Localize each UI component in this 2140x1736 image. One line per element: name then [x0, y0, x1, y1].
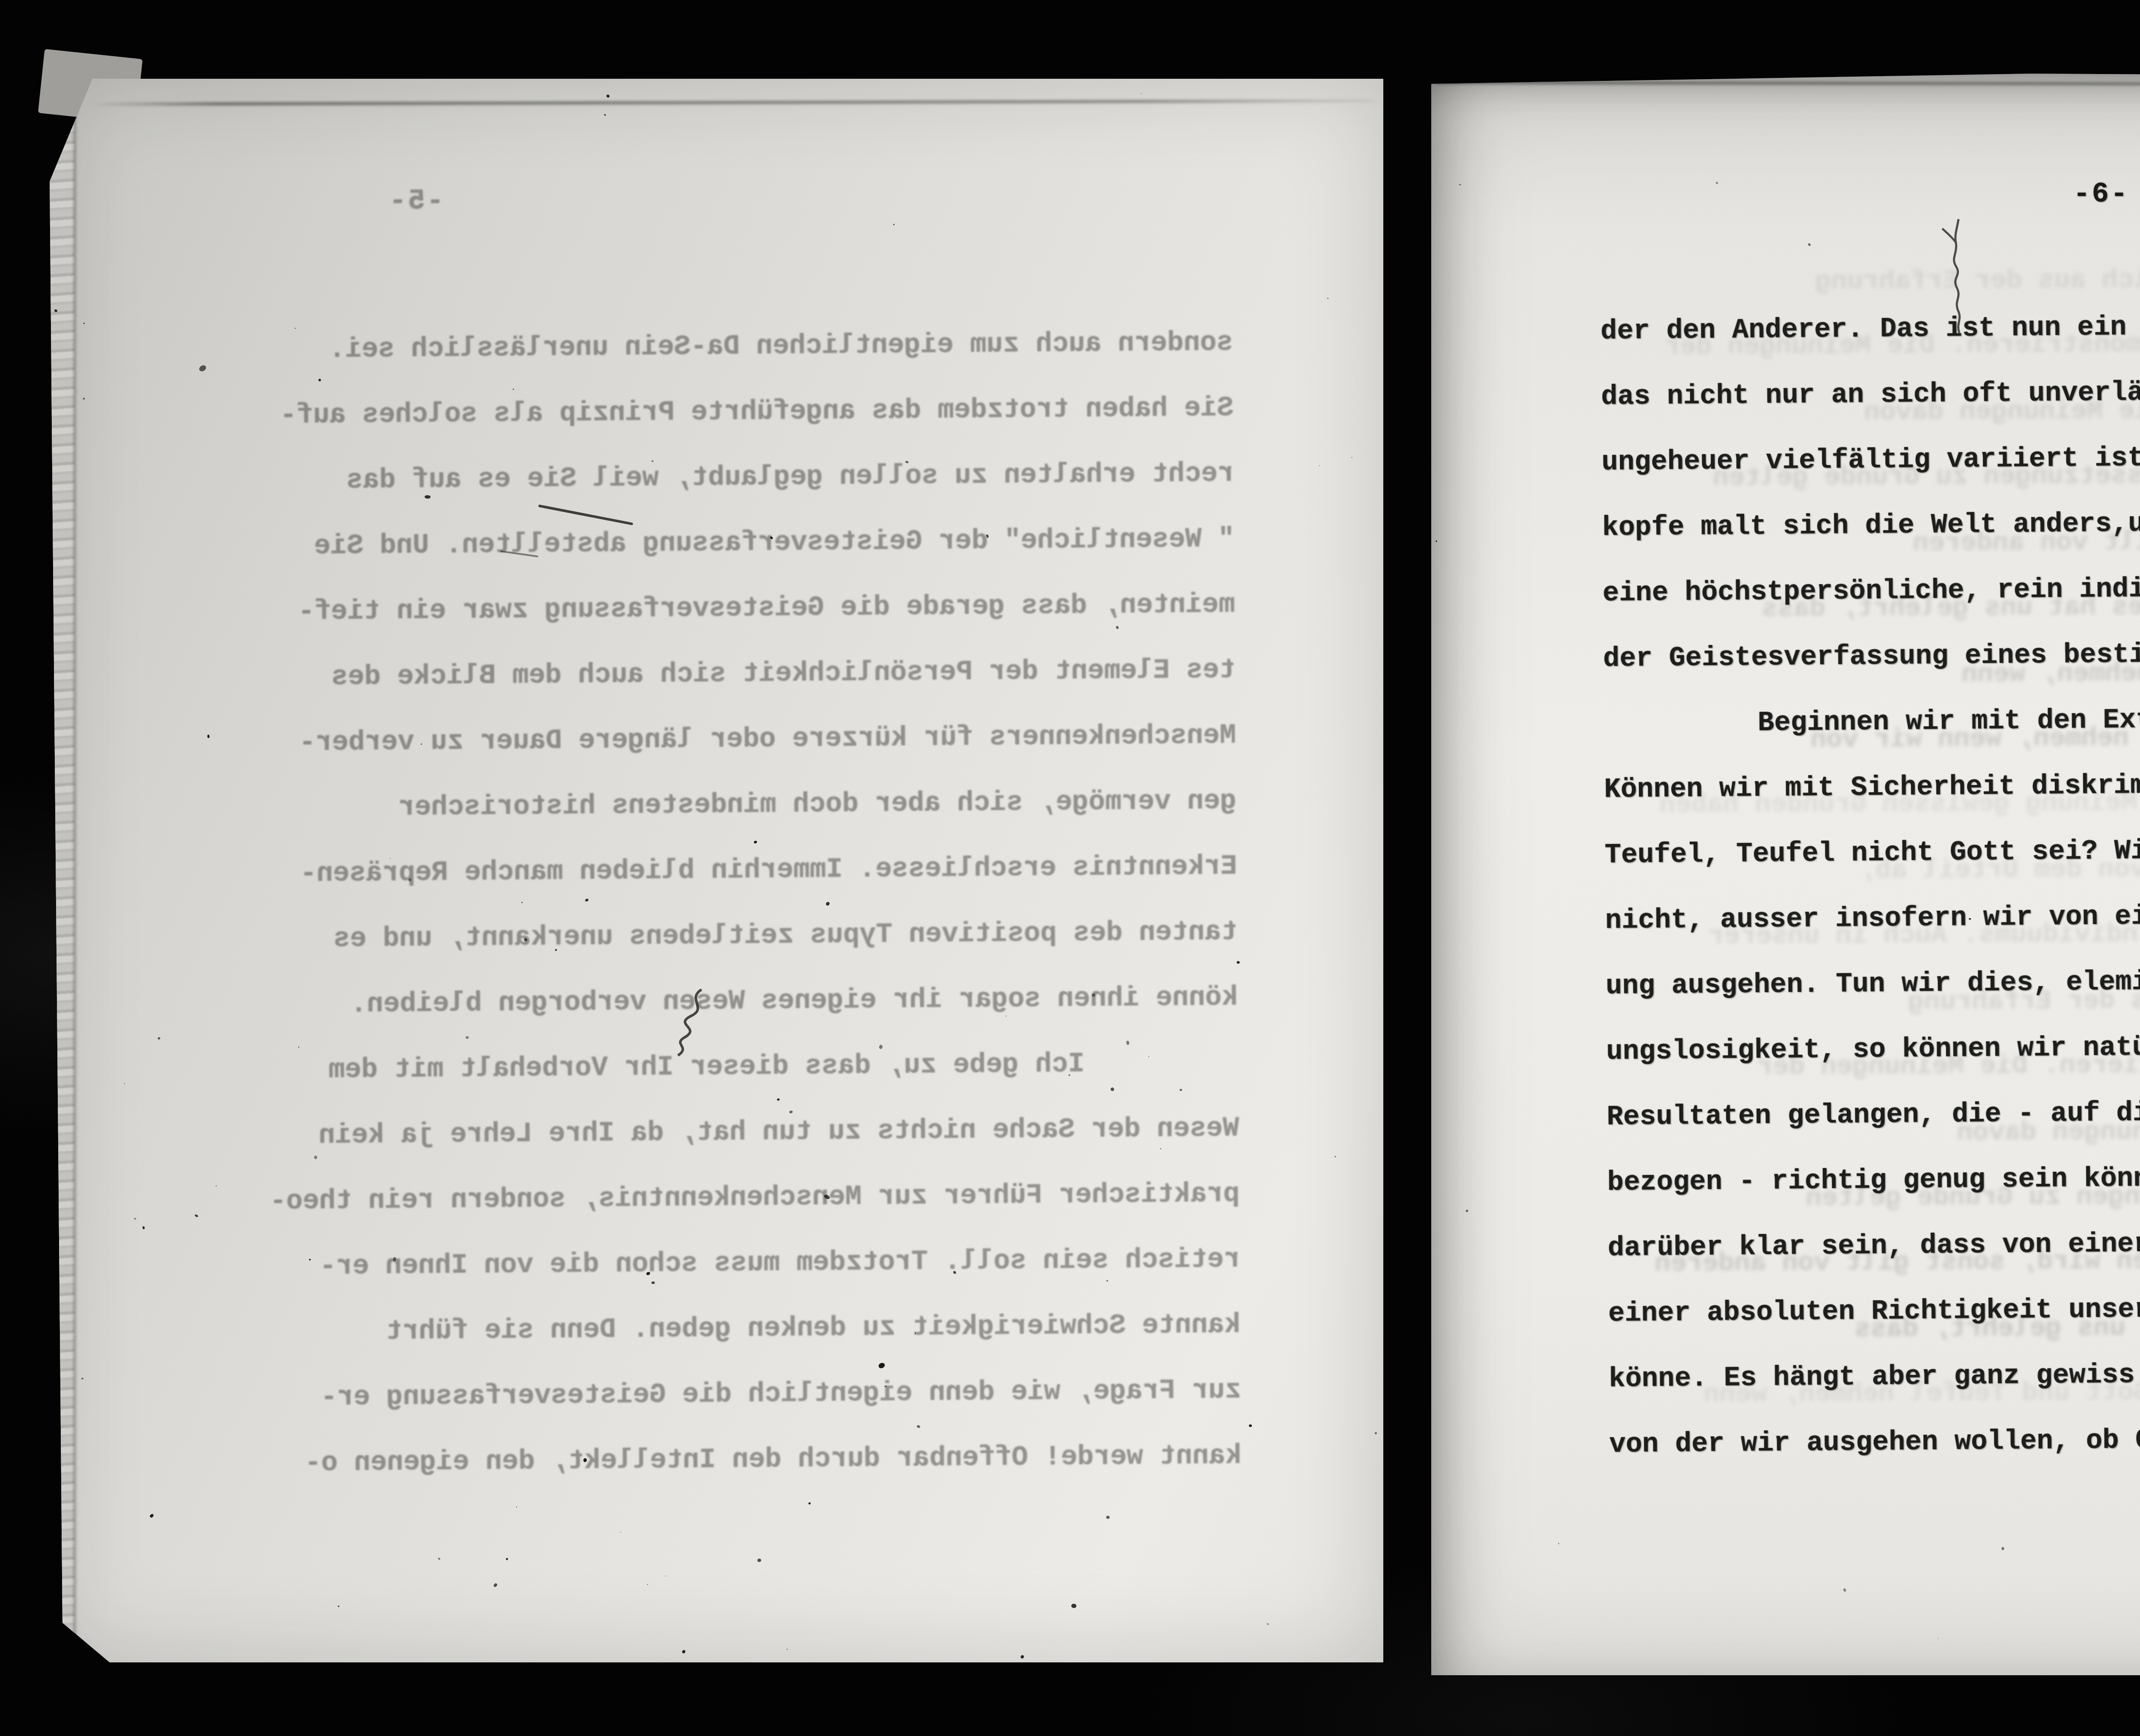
typed-line: der Geistesverfassung eines bestimmten I…: [1603, 618, 2140, 692]
typed-line: " Wesentliche" der Geistesverfassung abs…: [263, 507, 1235, 580]
dust-speck: [83, 322, 85, 324]
dust-speck: [337, 1605, 340, 1608]
dust-speck: [1558, 1543, 1559, 1544]
typed-line: tes Element der Persönlichkeit sich auch…: [264, 638, 1236, 711]
page-stack-edge: [50, 79, 74, 1662]
dust-speck: [786, 1649, 788, 1650]
typed-line: Resultaten gelangen, die - auf die gegeb…: [1606, 1077, 2140, 1150]
dust-speck: [1938, 1638, 1938, 1639]
typed-line: darüber klar sein, dass von einer Allgem…: [1608, 1208, 2140, 1281]
dust-speck: [505, 1558, 508, 1561]
dust-speck: [1807, 243, 1811, 247]
dust-speck: [425, 495, 431, 499]
right-page-number: -6-: [2073, 178, 2129, 210]
typed-line: könne. Es hängt aber ganz gewiss von der…: [1608, 1339, 2140, 1412]
dust-speck: [83, 397, 85, 400]
dust-speck: [149, 1513, 154, 1518]
dust-speck: [1843, 1588, 1847, 1592]
dust-speck: [198, 364, 207, 372]
dust-speck: [207, 734, 210, 738]
dust-speck: [915, 1332, 915, 1334]
typed-line: kannt werde! Offenbar durch den Intellek…: [270, 1424, 1242, 1497]
top-fold-shadow: [88, 99, 1375, 106]
dust-speck: [194, 1214, 198, 1217]
dust-speck: [2001, 1547, 2004, 1550]
typed-line: das nicht nur an sich oft unverlässlich,…: [1601, 357, 2140, 430]
typed-line: retisch sein soll. Trotzdem muss schon d…: [268, 1227, 1240, 1300]
dust-speck: [1715, 181, 1718, 184]
dust-speck: [134, 1218, 137, 1220]
typed-line: nicht, ausser insofern wir von einer bes…: [1605, 880, 2140, 954]
left-page-text-mirrored: sondern auch zum eigentlichen Da-Sein un…: [261, 310, 1242, 1497]
dust-speck: [651, 1281, 655, 1284]
dust-speck: [438, 1557, 441, 1560]
dust-speck: [620, 1532, 621, 1533]
dust-speck: [808, 1502, 811, 1505]
typed-line: Teufel, Teufel nicht Gott sei? Wir könne…: [1605, 815, 2140, 889]
typed-line: recht erhalten zu sollen geglaubt, weil …: [262, 441, 1234, 514]
photostat-scan: -5- sondern auch zum eigentlichen Da-Sei…: [0, 0, 2140, 1736]
dust-speck: [665, 1575, 666, 1577]
typed-line: ungeheuer vielfältig variiert ist. In je…: [1601, 422, 2140, 496]
dust-speck: [1351, 457, 1352, 458]
typed-line: der den Anderer. Das ist nun ein Erkennt…: [1600, 291, 2140, 365]
typed-line: zur Frage, wie denn eigentlich die Geist…: [269, 1358, 1241, 1431]
dust-speck: [1236, 961, 1240, 964]
dust-speck: [1374, 1432, 1377, 1434]
typed-line: kopfe malt sich die Welt anders,und jede…: [1602, 488, 2140, 561]
typed-line: eine höchstpersönliche, rein individuell…: [1602, 553, 2140, 627]
right-page: -6- gewährt. Das lässt sich aus der Erfa…: [1431, 71, 2140, 1675]
typed-line: praktischer Führer zur Menschenkenntnis,…: [268, 1162, 1240, 1235]
ink-scribble: [661, 986, 716, 1059]
dust-speck: [1436, 540, 1438, 542]
dust-speck: [583, 1458, 587, 1462]
typed-line: ung ausgehen. Tun wir dies, eleminieren …: [1605, 946, 2140, 1020]
dust-speck: [606, 94, 609, 98]
typed-line: bezogen - richtig genug sein können. Abe…: [1607, 1142, 2140, 1216]
right-page-text: der den Anderer. Das ist nun ein Erkennt…: [1600, 291, 2140, 1478]
dust-speck: [1160, 1148, 1161, 1149]
dust-speck: [142, 1226, 145, 1230]
dust-speck: [604, 114, 606, 116]
dust-speck: [1335, 1156, 1337, 1158]
typed-line: Sie haben trotzdem das angeführte Prinzi…: [262, 376, 1233, 449]
page-stack-seam: [74, 79, 76, 1662]
dust-speck: [493, 1583, 498, 1587]
typed-line: tanten des positiven Typus zeitlebens un…: [266, 900, 1238, 973]
pen-squiggle-mark: [1932, 217, 1983, 341]
left-page-number: -5-: [388, 185, 444, 217]
typed-line: sondern auch zum eigentlichen Da-Sein un…: [261, 310, 1233, 383]
typed-line: Beginnen wir mit den Extremen, Gott und …: [1603, 684, 2140, 758]
typed-line: Menschenkenners für kürzere oder längere…: [264, 703, 1236, 776]
dust-speck: [1141, 93, 1141, 94]
dust-speck: [1459, 184, 1461, 186]
typed-line: gen vermöge, sich aber doch mindestens h…: [265, 769, 1237, 842]
dust-speck: [1319, 465, 1320, 466]
dust-speck: [1071, 1603, 1077, 1608]
typed-line: einer absoluten Richtigkeit unseres Urte…: [1608, 1273, 2140, 1347]
typed-line: meinten, dass gerade die Geistesverfassu…: [263, 572, 1235, 645]
typed-line: ungslosigkeit, so können wir natürlich l…: [1606, 1011, 2140, 1085]
dust-speck: [893, 223, 895, 225]
dust-speck: [1106, 1516, 1109, 1519]
typed-line: kannte Schwierigkeit zu denken geben. De…: [269, 1293, 1241, 1366]
dust-speck: [1267, 1623, 1269, 1625]
dust-speck: [681, 1650, 686, 1654]
dust-speck: [124, 1083, 125, 1084]
left-page: -5- sondern auch zum eigentlichen Da-Sei…: [50, 79, 1383, 1662]
dust-speck: [757, 1558, 761, 1562]
dust-speck: [216, 1186, 217, 1187]
dust-speck: [516, 1507, 517, 1507]
dust-speck: [1327, 297, 1329, 299]
typed-line: könne ihnen sogar ihr eigenes Wesen verb…: [266, 965, 1238, 1038]
dust-speck: [651, 461, 654, 462]
dust-speck: [81, 1378, 83, 1379]
dust-speck: [1465, 1209, 1469, 1213]
dust-speck: [158, 1037, 161, 1040]
dust-speck: [647, 1584, 648, 1585]
typed-line: von der wir ausgehen wollen, ob Gott Got…: [1609, 1404, 2140, 1478]
typed-line: Erkenntnis erschliesse. Immerhin blieben…: [265, 834, 1237, 907]
typed-line: Wesen der Sache nichts zu tun hat, da Ih…: [267, 1096, 1239, 1169]
dust-speck: [884, 1385, 887, 1387]
typed-line: Können wir mit Sicherheit diskriminieren…: [1604, 749, 2140, 823]
dust-speck: [1020, 1655, 1025, 1659]
typed-line: Ich gebe zu, dass dieser Ihr Vorbehalt m…: [267, 1031, 1239, 1104]
dust-speck: [1249, 1424, 1252, 1427]
top-fold-shadow: [1436, 81, 2140, 86]
